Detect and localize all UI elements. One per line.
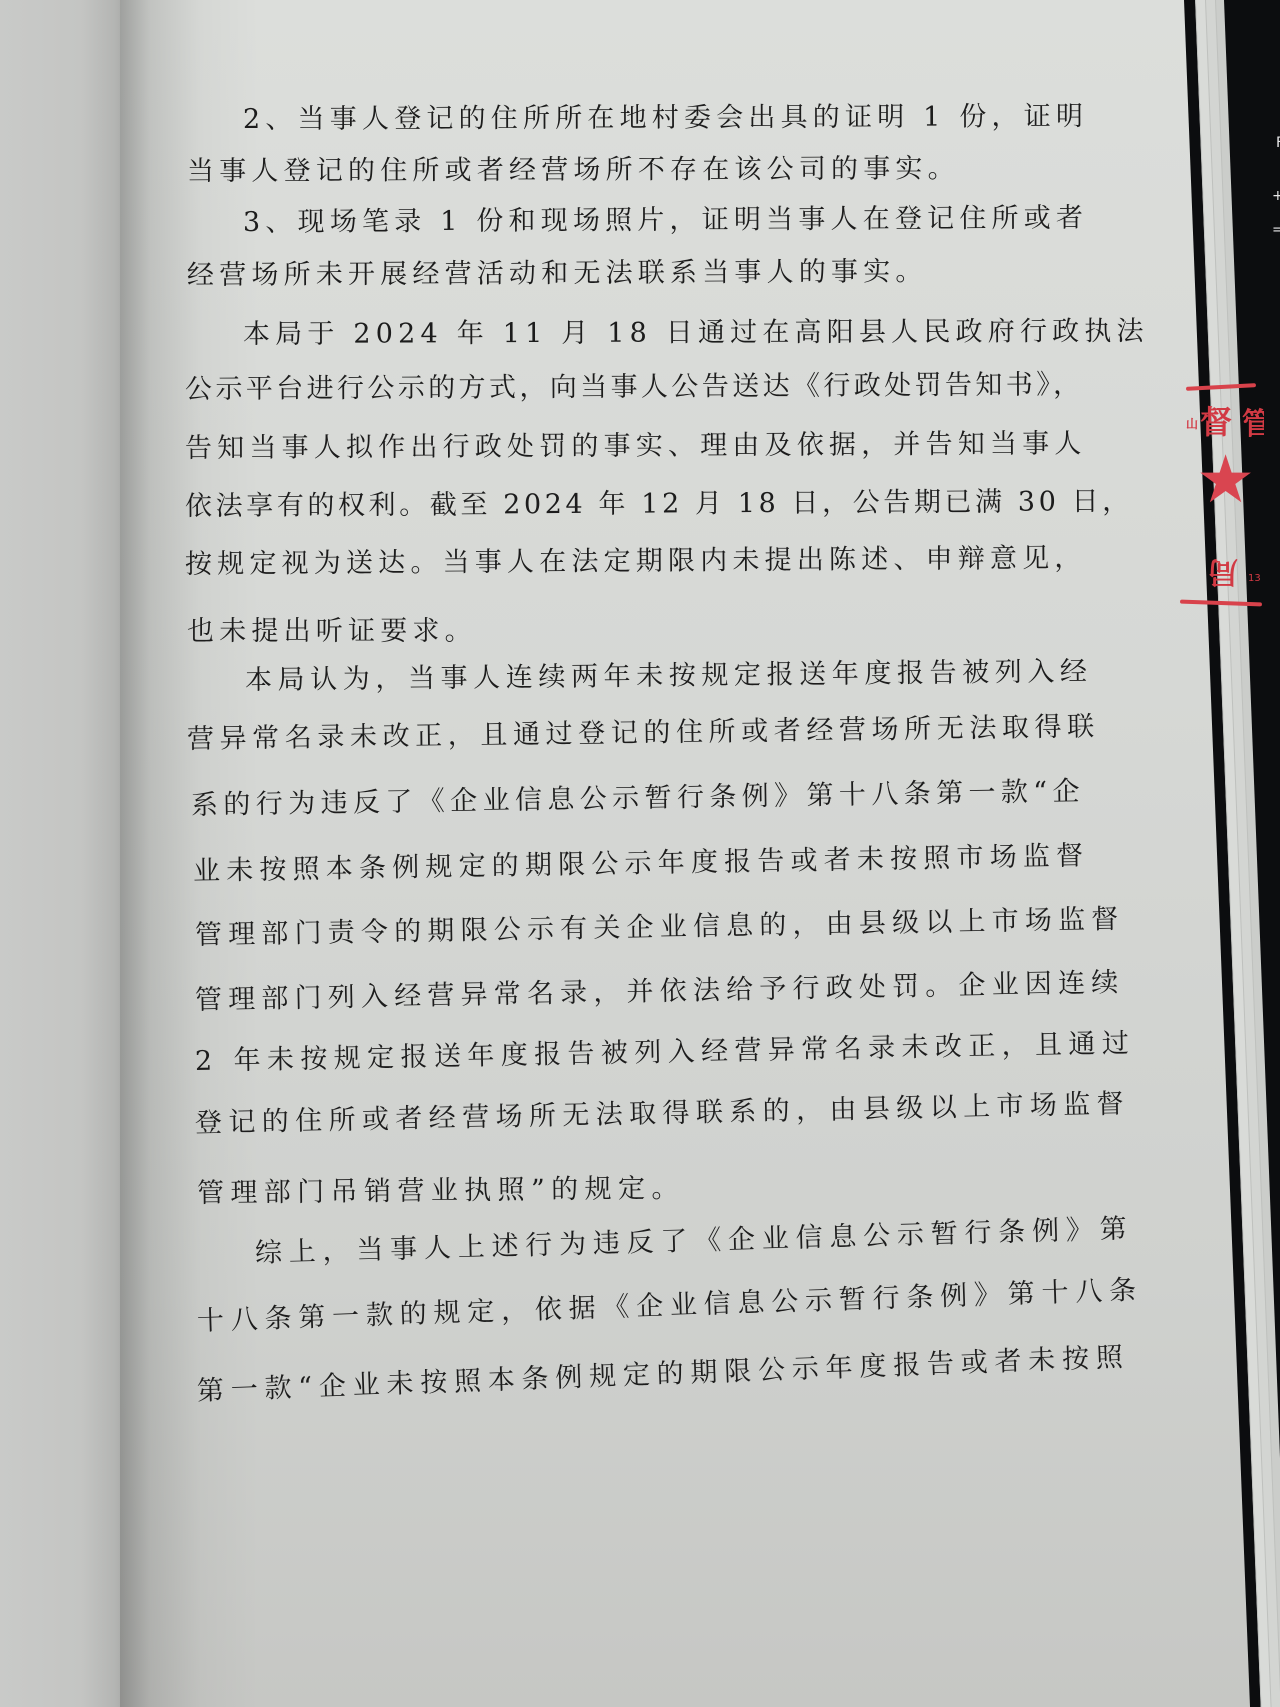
text-line: 依法享有的权利。截至 2024 年 12 月 18 日，公告期已满 30 日， [185, 488, 1133, 520]
text-line: 本局认为，当事人连续两年未按规定报送年度报告被列入经 [245, 658, 1093, 694]
seal-border-top [1186, 383, 1256, 391]
star-icon: ★ [1196, 447, 1255, 513]
seal-char: 管 [1242, 399, 1264, 443]
official-seal: 督 管 山 ★ 局 13 [1178, 385, 1268, 620]
text-line: 业未按照本条例规定的期限公示年度报告或者未按照市场监督 [193, 842, 1090, 885]
document-photo: F + = 2、当事人登记的住所所在地村委会出具的证明 1 份，证明 当事人登记… [0, 0, 1280, 1707]
seal-border-bottom [1180, 600, 1262, 607]
text-line: 告知当事人拟作出行政处罚的事实、理由及依据，并告知当事人 [185, 430, 1087, 462]
text-line: 登记的住所或者经营场所无法取得联系的，由县级以上市场监督 [195, 1090, 1131, 1137]
text-line: 公示平台进行公示的方式，向当事人公告送达《行政处罚告知书》， [185, 371, 1084, 403]
seal-small-mark: 山 [1186, 415, 1198, 432]
text-line: 3、现场笔录 1 份和现场照片，证明当事人在登记住所或者 [243, 205, 1088, 236]
text-line: 营异常名录未改正，且通过登记的住所或者经营场所无法取得联 [187, 713, 1100, 753]
text-line: 2 年未按规定报送年度报告被列入经营异常名录未改正，且通过 [195, 1030, 1136, 1075]
text-line: 管理部门责令的期限公示有关企业信息的，由县级以上市场监督 [195, 906, 1125, 949]
text-line: 综上，当事人上述行为违反了《企业信息公示暂行条例》第 [255, 1215, 1134, 1267]
text-line: 管理部门列入经营异常名录，并依法给予行政处罚。企业因连续 [195, 969, 1125, 1014]
seal-char: 局 [1208, 553, 1238, 597]
text-line: 按规定视为送达。当事人在法定期限内未提出陈述、申辩意见， [185, 545, 1087, 578]
text-line: 第一款“企业未按照本条例规定的期限公示年度报告或者未按照 [197, 1344, 1131, 1405]
text-line: 当事人登记的住所或者经营场所不存在该公司的事实。 [187, 155, 960, 185]
text-line: 系的行为违反了《企业信息公示暂行条例》第十八条第一款“企 [191, 778, 1085, 819]
text-line: 2、当事人登记的住所所在地村委会出具的证明 1 份，证明 [243, 103, 1088, 133]
document-text: 2、当事人登记的住所所在地村委会出具的证明 1 份，证明 当事人登记的住所或者经… [0, 0, 1280, 1707]
text-line: 也未提出听证要求。 [187, 618, 477, 645]
text-line: 管理部门吊销营业执照”的规定。 [197, 1175, 685, 1207]
text-line: 经营场所未开展经营活动和无法联系当事人的事实。 [187, 258, 928, 289]
text-line: 本局于 2024 年 11 月 18 日通过在高阳县人民政府行政执法 [243, 318, 1149, 348]
seal-small-mark: 13 [1248, 573, 1261, 584]
seal-char: 督 [1200, 397, 1232, 443]
text-line: 十八条第一款的规定，依据《企业信息公示暂行条例》第十八条 [197, 1277, 1144, 1335]
